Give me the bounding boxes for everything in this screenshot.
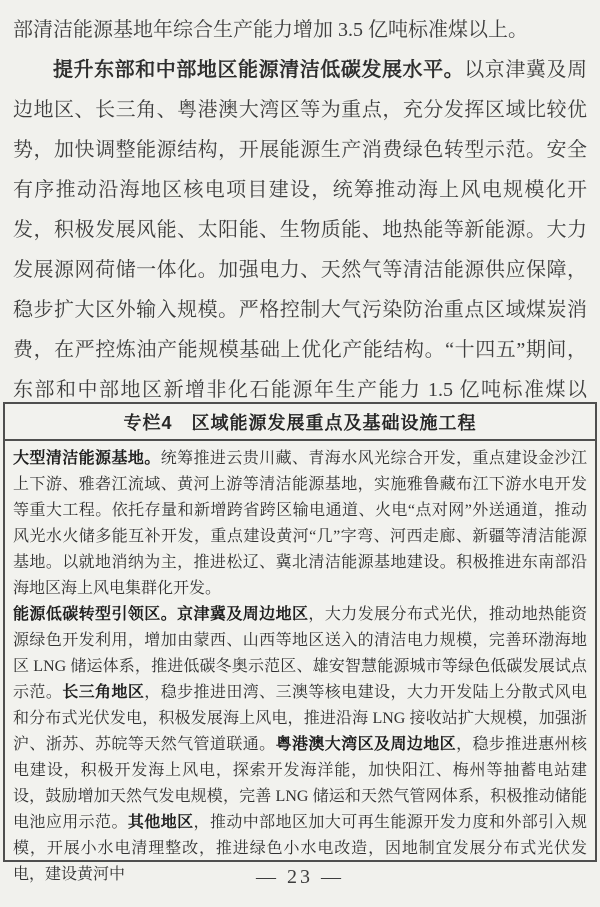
bold-text-segment: 其他地区 bbox=[128, 814, 194, 831]
document-page: 部清洁能源基地年综合生产能力增加 3.5 亿吨标准煤以上。 提升东部和中部地区能… bbox=[0, 0, 600, 907]
column-box-title: 专栏4 区域能源发展重点及基础设施工程 bbox=[5, 404, 595, 441]
page-number: — 23 — bbox=[0, 866, 600, 889]
body-paragraph-main: 提升东部和中部地区能源清洁低碳发展水平。以京津冀及周边地区、长三角、粤港澳大湾区… bbox=[13, 50, 587, 450]
text-segment: 部清洁能源基地年综合生产能力增加 3.5 亿吨标准煤以上。 bbox=[13, 19, 528, 41]
box-paragraph-low-carbon-zones: 能源低碳转型引领区。京津冀及周边地区，大力发展分布式光伏，推动地热能资源绿色开发… bbox=[13, 602, 587, 888]
column-4-box: 专栏4 区域能源发展重点及基础设施工程 大型清洁能源基地。统筹推进云贵川藏、青海… bbox=[3, 402, 597, 862]
text-segment: 以京津冀及周边地区、长三角、粤港澳大湾区等为重点，充分发挥区域比较优势，加快调整… bbox=[13, 59, 587, 441]
body-paragraph-continuation: 部清洁能源基地年综合生产能力增加 3.5 亿吨标准煤以上。 bbox=[13, 10, 587, 50]
bold-text-segment: 提升东部和中部地区能源清洁低碳发展水平。 bbox=[53, 59, 464, 81]
column-box-body: 大型清洁能源基地。统筹推进云贵川藏、青海水风光综合开发，重点建设金沙江上下游、雅… bbox=[5, 441, 595, 888]
bold-text-segment: 京津冀及周边地区 bbox=[177, 606, 308, 623]
box-paragraph-clean-energy-bases: 大型清洁能源基地。统筹推进云贵川藏、青海水风光综合开发，重点建设金沙江上下游、雅… bbox=[13, 446, 587, 602]
bold-text-segment: 粤港澳大湾区及周边地区 bbox=[276, 736, 457, 753]
bold-text-segment: 能源低碳转型引领区。 bbox=[13, 606, 177, 623]
body-text-section: 部清洁能源基地年综合生产能力增加 3.5 亿吨标准煤以上。 提升东部和中部地区能… bbox=[0, 0, 600, 450]
text-segment: 统筹推进云贵川藏、青海水风光综合开发，重点建设金沙江上下游、雅砻江流域、黄河上游… bbox=[13, 450, 587, 597]
bold-text-segment: 长三角地区 bbox=[62, 684, 144, 701]
bold-text-segment: 大型清洁能源基地。 bbox=[13, 450, 161, 467]
